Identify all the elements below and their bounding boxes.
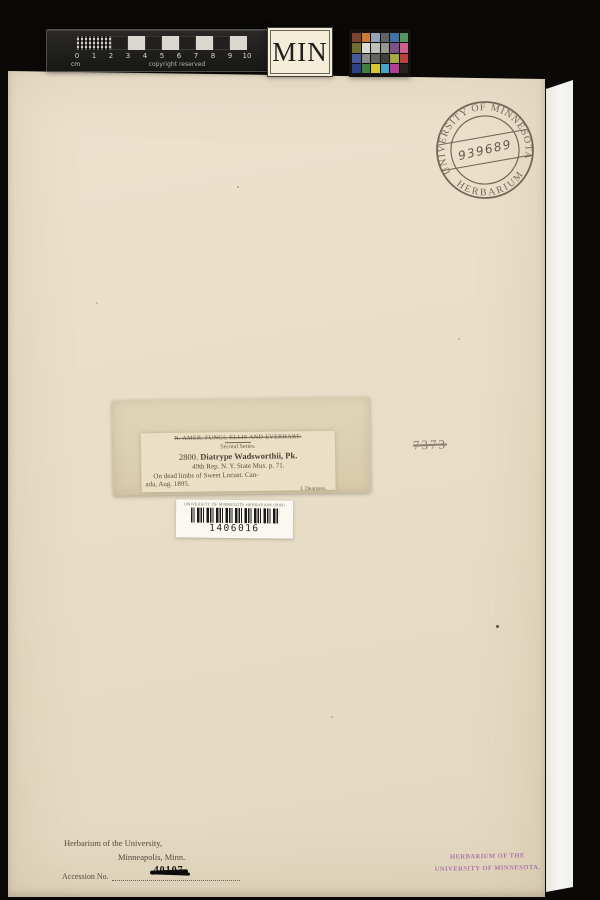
barcode-bars xyxy=(190,508,278,524)
color-swatch xyxy=(371,33,380,42)
color-swatch xyxy=(400,64,409,73)
color-swatch xyxy=(371,64,380,73)
ownership-stamp: HERBARIUM OF THE UNIVERSITY OF MINNESOTA… xyxy=(430,850,545,875)
color-swatch xyxy=(400,43,409,52)
color-swatch xyxy=(381,54,390,63)
ruler-scale-blocks xyxy=(77,36,247,50)
herbarium-scan: 0 1 2 3 4 5 6 7 8 9 10 cm copyright rese… xyxy=(0,0,600,900)
ruler-unit-label: cm xyxy=(71,61,80,68)
ownership-stamp-line2: UNIVERSITY OF MINNESOTA. xyxy=(430,862,545,876)
specimen-packet: N. AMER. FUNGI, ELLIS AND EVERHART. Seco… xyxy=(112,397,370,496)
color-swatch xyxy=(390,64,399,73)
accession-number-line: Accession No. 40107 xyxy=(62,870,240,881)
accession-block: Herbarium of the University, Minneapolis… xyxy=(62,839,240,881)
foxing-speck xyxy=(331,716,333,718)
color-swatch xyxy=(352,43,361,52)
color-swatch xyxy=(381,33,390,42)
accession-dotted-line: 40107 xyxy=(112,870,240,881)
color-checker-grid xyxy=(352,33,408,73)
ruler-copyright-text: copyright reserved xyxy=(117,61,237,68)
color-swatch xyxy=(352,64,361,73)
color-swatch xyxy=(400,33,409,42)
ruler-tick-labels: 0 1 2 3 4 5 6 7 8 9 10 xyxy=(69,52,256,60)
packet-label: N. AMER. FUNGI, ELLIS AND EVERHART. Seco… xyxy=(141,431,336,493)
color-swatch xyxy=(390,54,399,63)
accession-line2: Minneapolis, Minn. xyxy=(118,853,240,862)
foxing-speck xyxy=(496,625,499,628)
color-checker-card xyxy=(349,29,411,77)
color-swatch xyxy=(390,33,399,42)
accession-line1: Herbarium of the University, xyxy=(64,839,240,848)
svg-text:UNIVERSITY OF MINNESOTA: UNIVERSITY OF MINNESOTA xyxy=(429,94,536,177)
color-swatch xyxy=(362,33,371,42)
color-swatch xyxy=(352,54,361,63)
foxing-speck xyxy=(458,338,460,340)
color-swatch xyxy=(400,54,409,63)
stamp-top-text: UNIVERSITY OF MINNESOTA xyxy=(429,94,536,177)
foxing-speck xyxy=(96,302,98,304)
accession-struck-number: 40107 xyxy=(154,866,184,876)
stamp-box-bottom-line xyxy=(443,155,532,171)
color-swatch xyxy=(352,33,361,42)
color-swatch xyxy=(362,64,371,73)
accession-label: Accession No. xyxy=(62,873,109,881)
barcode-number: 1406016 xyxy=(176,522,293,534)
min-code-text: MIN xyxy=(272,37,328,68)
color-swatch xyxy=(362,54,371,63)
color-swatch xyxy=(390,43,399,52)
color-swatch xyxy=(362,43,371,52)
color-swatch xyxy=(381,64,390,73)
min-code-card: MIN xyxy=(267,27,333,77)
ruler-mm-hatch xyxy=(77,36,111,50)
scale-ruler: 0 1 2 3 4 5 6 7 8 9 10 cm copyright rese… xyxy=(46,29,271,72)
stamp-handwritten-number: 939689 xyxy=(457,137,514,163)
label-number: 2800. xyxy=(179,452,198,462)
color-swatch xyxy=(381,43,390,52)
backing-sheet-edge xyxy=(546,80,573,892)
crossed-out-stamped-number: 7373 xyxy=(413,436,448,453)
round-accession-stamp: UNIVERSITY OF MINNESOTA HERBARIUM 939689 xyxy=(421,86,548,213)
label-species-name: Diatrype Wadsworthii, Pk. xyxy=(200,450,297,461)
color-swatch xyxy=(371,43,380,52)
foxing-speck xyxy=(237,186,239,188)
barcode-label: UNIVERSITY OF MINNESOTA HERBARIUM (MIN) … xyxy=(176,499,293,538)
color-swatch xyxy=(371,54,380,63)
